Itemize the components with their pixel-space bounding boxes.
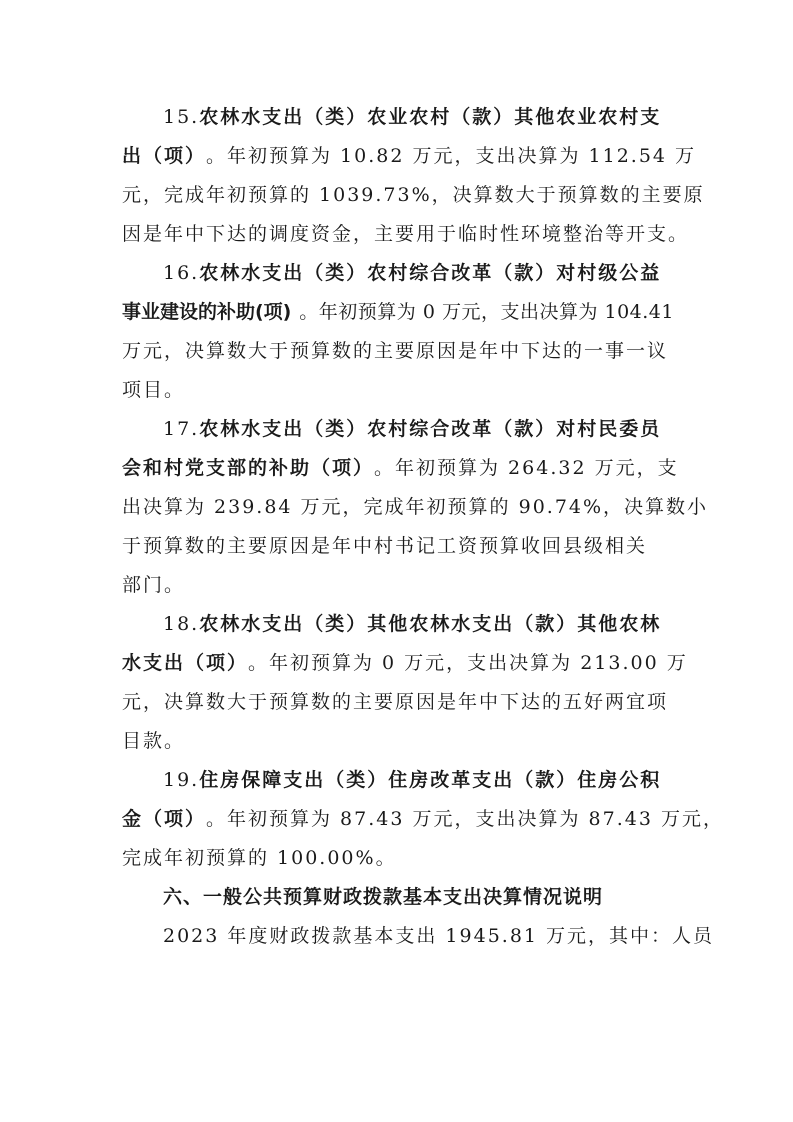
item-title-continued: 出（项） — [122, 137, 206, 176]
document-page: 15. 农林水支出（类）农业农村（款）其他农业农村支 出（项） 。年初预算为 1… — [122, 98, 674, 956]
paragraph-line: 出（项） 。年初预算为 10.82 万元，支出决算为 112.54 万 — [122, 137, 674, 176]
item-text: 。年初预算为 10.82 万元，支出决算为 112.54 万 — [206, 137, 696, 176]
paragraph-line: 水支出（项） 。年初预算为 0 万元，支出决算为 213.00 万 — [122, 644, 674, 683]
paragraph-line: 17. 农林水支出（类）农村综合改革（款）对村民委员 — [122, 410, 674, 449]
item-title: 农林水支出（类）农业农村（款）其他农业农村支 — [199, 98, 674, 137]
paragraph-line: 18. 农林水支出（类）其他农林水支出（款）其他农林 — [122, 605, 674, 644]
paragraph-line: 万元，决算数大于预算数的主要原因是年中下达的一事一议 — [122, 332, 674, 371]
paragraph-line: 部门。 — [122, 566, 674, 605]
item-text: 元，完成年初预算的 1039.73%，决算数大于预算数的主要原 — [122, 176, 705, 215]
item-number: 15. — [163, 98, 199, 137]
section-body-line: 2023 年度财政拨款基本支出 1945.81 万元，其中：人员 — [122, 917, 674, 956]
item-title-continued: 会和村党支部的补助（项） — [122, 449, 374, 488]
expenditure-item-16: 16. 农林水支出（类）农村综合改革（款）对村级公益 事业建设的补助(项) 。年… — [122, 254, 674, 410]
item-text: 。年初预算为 264.32 万元，支 — [374, 449, 679, 488]
item-number: 19. — [163, 761, 199, 800]
paragraph-line: 出决算为 239.84 万元，完成年初预算的 90.74%，决算数小 — [122, 488, 674, 527]
section-body-text: 2023 年度财政拨款基本支出 1945.81 万元，其中：人员 — [163, 917, 714, 956]
expenditure-item-19: 19. 住房保障支出（类）住房改革支出（款）住房公积 金（项） 。年初预算为 8… — [122, 761, 674, 878]
item-text: 完成年初预算的 100.00%。 — [122, 839, 397, 878]
paragraph-line: 16. 农林水支出（类）农村综合改革（款）对村级公益 — [122, 254, 674, 293]
item-text: 因是年中下达的调度资金，主要用于临时性环境整治等开支。 — [122, 215, 689, 254]
expenditure-item-18: 18. 农林水支出（类）其他农林水支出（款）其他农林 水支出（项） 。年初预算为… — [122, 605, 674, 761]
item-title-continued: 金（项） — [122, 800, 206, 839]
section-heading: 六、一般公共预算财政拨款基本支出决算情况说明 — [122, 878, 674, 917]
paragraph-line: 于预算数的主要原因是年中村书记工资预算收回县级相关 — [122, 527, 674, 566]
item-title-continued: 水支出（项） — [122, 644, 248, 683]
paragraph-line: 元，完成年初预算的 1039.73%，决算数大于预算数的主要原 — [122, 176, 674, 215]
item-text: 部门。 — [122, 566, 185, 605]
paragraph-line: 完成年初预算的 100.00%。 — [122, 839, 674, 878]
item-title-continued: 事业建设的补助(项) — [122, 293, 291, 332]
item-text: 。年初预算为 0 万元，支出决算为 213.00 万 — [248, 644, 688, 683]
item-number: 16. — [163, 254, 199, 293]
item-text: 于预算数的主要原因是年中村书记工资预算收回县级相关 — [122, 527, 647, 566]
item-text: 。年初预算为 0 万元，支出决算为 104.41 — [299, 293, 674, 332]
item-text: 。年初预算为 87.43 万元，支出决算为 87.43 万元， — [206, 800, 724, 839]
item-text: 万元，决算数大于预算数的主要原因是年中下达的一事一议 — [122, 332, 668, 371]
expenditure-item-17: 17. 农林水支出（类）农村综合改革（款）对村民委员 会和村党支部的补助（项） … — [122, 410, 674, 605]
item-title: 农林水支出（类）农村综合改革（款）对村民委员 — [199, 410, 674, 449]
paragraph-line: 会和村党支部的补助（项） 。年初预算为 264.32 万元，支 — [122, 449, 674, 488]
paragraph-line: 目款。 — [122, 722, 674, 761]
paragraph-line: 19. 住房保障支出（类）住房改革支出（款）住房公积 — [122, 761, 674, 800]
paragraph-line: 金（项） 。年初预算为 87.43 万元，支出决算为 87.43 万元， — [122, 800, 674, 839]
paragraph-line: 因是年中下达的调度资金，主要用于临时性环境整治等开支。 — [122, 215, 674, 254]
item-text: 出决算为 239.84 万元，完成年初预算的 90.74%，决算数小 — [122, 488, 708, 527]
item-title: 农林水支出（类）农村综合改革（款）对村级公益 — [199, 254, 674, 293]
expenditure-item-15: 15. 农林水支出（类）农业农村（款）其他农业农村支 出（项） 。年初预算为 1… — [122, 98, 674, 254]
paragraph-line: 事业建设的补助(项) 。年初预算为 0 万元，支出决算为 104.41 — [122, 293, 674, 332]
item-number: 17. — [163, 410, 199, 449]
item-number: 18. — [163, 605, 199, 644]
item-text: 目款。 — [122, 722, 185, 761]
paragraph-line: 15. 农林水支出（类）农业农村（款）其他农业农村支 — [122, 98, 674, 137]
paragraph-line: 元，决算数大于预算数的主要原因是年中下达的五好两宜项 — [122, 683, 674, 722]
paragraph-line: 项目。 — [122, 371, 674, 410]
item-text: 元，决算数大于预算数的主要原因是年中下达的五好两宜项 — [122, 683, 668, 722]
item-title: 住房保障支出（类）住房改革支出（款）住房公积 — [199, 761, 674, 800]
item-text: 项目。 — [122, 371, 185, 410]
item-title: 农林水支出（类）其他农林水支出（款）其他农林 — [199, 605, 674, 644]
